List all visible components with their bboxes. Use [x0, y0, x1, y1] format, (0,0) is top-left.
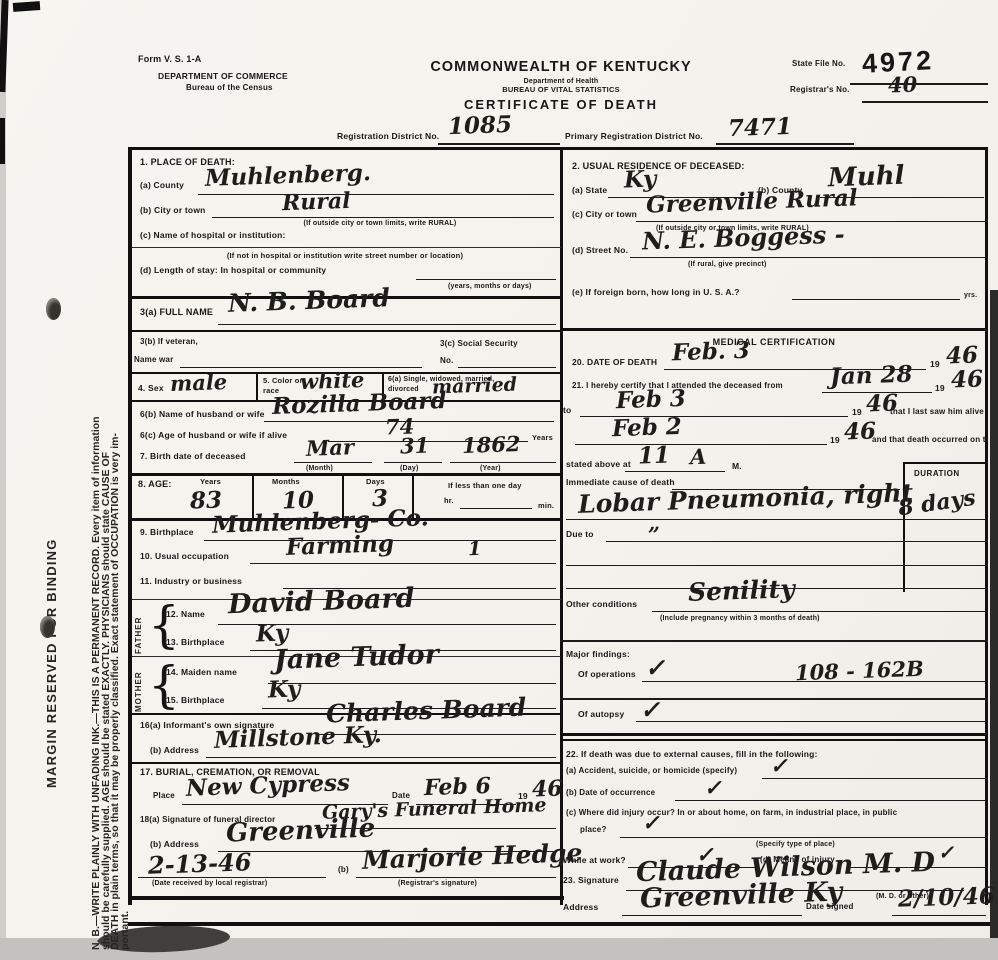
- ruled-line: [138, 877, 326, 878]
- ruled-line: [892, 915, 986, 916]
- ruled-line: [384, 462, 442, 463]
- residence-city-label: (c) City or town: [572, 210, 637, 219]
- local-registrar-signature: Marjorie Hedge: [362, 840, 583, 873]
- spouse-name-label: 6(b) Name of husband or wife: [140, 410, 265, 419]
- title-vital-statistics: BUREAU OF VITAL STATISTICS: [430, 86, 692, 94]
- industry-label: 11. Industry or business: [140, 577, 242, 586]
- margin-nb-line: DEATH in plain terms, so that it may be …: [111, 416, 121, 950]
- scan-edge-artifact: [990, 290, 998, 942]
- duration-label: DURATION: [914, 470, 960, 478]
- means-checkmark: ✓: [938, 844, 955, 864]
- mother-birthplace-label: 15. Birthplace: [166, 696, 225, 705]
- ruled-line: [416, 279, 556, 280]
- date-of-occurrence-label: (b) Date of occurrence: [566, 789, 655, 797]
- attended-from-value: Jan 28: [830, 363, 913, 389]
- ssn-no-label: No.: [440, 357, 454, 365]
- form-border: [128, 147, 132, 905]
- ruled-line: [180, 367, 422, 368]
- form-number: Form V. S. 1-A: [138, 55, 201, 64]
- name-war-label: Name war: [134, 356, 173, 364]
- rural-note: (If outside city or town limits, write R…: [212, 220, 548, 227]
- burial-place-value: New Cypress: [186, 771, 351, 800]
- state-file-label: State File No.: [792, 60, 845, 68]
- pregnancy-note: (Include pregnancy within 3 months of de…: [660, 615, 820, 622]
- ruled-line: [566, 519, 986, 520]
- father-name-label: 12. Name: [166, 610, 205, 619]
- ruled-line: [460, 508, 532, 509]
- social-security-label: 3(c) Social Security: [440, 340, 518, 348]
- ruled-line: [218, 324, 556, 325]
- due-to-label: Due to: [566, 530, 594, 539]
- ruled-line: [566, 565, 986, 566]
- sex-label: 4. Sex: [138, 384, 164, 393]
- residence-city-value: Greenville Rural: [646, 186, 858, 216]
- residence-state-value: Ky: [624, 167, 657, 191]
- ruled-line: [560, 698, 988, 700]
- date-received-value: 2-13-46: [148, 850, 252, 878]
- burial-place-label: Place: [153, 792, 175, 800]
- operations-checkmark: ✓: [645, 656, 666, 681]
- other-conditions-label: Other conditions: [566, 600, 637, 609]
- spouse-name-value: Rozilla Board: [272, 389, 447, 418]
- scan-edge-artifact: [13, 1, 41, 12]
- form-border: [128, 922, 990, 926]
- printed-19: 19: [852, 408, 862, 417]
- attended-from-year: 46: [951, 367, 984, 391]
- full-name-label: 3(a) FULL NAME: [140, 308, 213, 317]
- form-border: [985, 147, 988, 905]
- certify-to-label: to: [563, 406, 571, 415]
- ruled-line: [675, 800, 986, 801]
- attended-to-value: Feb 3: [616, 387, 687, 412]
- usual-residence-title: 2. USUAL RESIDENCE OF DECEASED:: [572, 162, 745, 171]
- form-border: [128, 147, 988, 150]
- registrar-no-label: Registrar's No.: [790, 86, 850, 94]
- section-rule: [560, 733, 988, 736]
- title-certificate-of-death: CERTIFICATE OF DEATH: [430, 98, 692, 112]
- mother-side-label: MOTHER: [134, 671, 143, 712]
- age-years-label: Years: [200, 478, 221, 486]
- punch-hole: [40, 616, 55, 638]
- ruled-line: [652, 611, 986, 612]
- foreign-born-label: (e) If foreign born, how long in U. S. A…: [572, 288, 740, 297]
- city-value: Rural: [282, 190, 351, 214]
- physician-address-label: Address: [563, 903, 598, 912]
- birth-day-value: 31: [400, 434, 430, 456]
- mother-name-label: 14. Maiden name: [166, 668, 237, 677]
- primary-district-value: 7471: [728, 115, 793, 140]
- section-rule: [560, 739, 988, 741]
- race-value: white: [300, 369, 365, 392]
- full-name-value: N. B. Board: [228, 285, 391, 316]
- occurrence-checkmark: ✓: [704, 777, 722, 799]
- form-border: [128, 896, 564, 900]
- ruled-line: [622, 915, 802, 916]
- printed-19: 19: [930, 360, 940, 369]
- margin-nb-note: N. B.—WRITE PLAINLY WITH UNFADING INK.—T…: [92, 416, 130, 950]
- bureau-line: Bureau of the Census: [186, 84, 273, 92]
- county-value: Muhlenberg.: [205, 161, 372, 190]
- ruled-line: [642, 681, 986, 682]
- ruled-line: [268, 683, 556, 684]
- date-signed-value: 2/10/46: [898, 884, 996, 910]
- ruled-line: [850, 83, 988, 85]
- section-rule: [128, 473, 561, 476]
- father-birthplace-value: Ky: [256, 621, 289, 645]
- department-line: DEPARTMENT OF COMMERCE: [158, 72, 288, 81]
- ruled-line: [132, 247, 561, 248]
- medical-certification-title: MEDICAL CERTIFICATION: [560, 338, 988, 347]
- ruled-line: [560, 640, 988, 642]
- age-years-value: 83: [190, 488, 223, 512]
- time-of-death-value: 11: [638, 443, 671, 467]
- day-note: (Day): [400, 465, 419, 472]
- ruled-line: [206, 757, 556, 758]
- last-saw-alive-value: Feb 2: [612, 415, 683, 440]
- yrs-suffix: yrs.: [964, 292, 977, 299]
- section-rule: [128, 762, 561, 764]
- immediate-cause-label: Immediate cause of death: [566, 478, 675, 487]
- ruled-line: [792, 299, 960, 300]
- month-note: (Month): [306, 465, 333, 472]
- section-rule: [128, 330, 561, 332]
- min-label: min.: [538, 502, 554, 510]
- other-conditions-value: Senility: [688, 576, 796, 605]
- ruled-line: [198, 194, 554, 195]
- sex-value: male: [170, 371, 228, 394]
- ruled-line: [356, 877, 556, 878]
- scan-edge-artifact: [0, 118, 5, 164]
- date-signed-label: Date signed: [806, 903, 854, 911]
- mother-birthplace-value: Ky: [268, 677, 301, 701]
- county-label: (a) County: [140, 181, 184, 190]
- printed-19: 19: [935, 384, 945, 393]
- duration-box-border: [903, 462, 988, 464]
- registration-district-value: 1085: [448, 113, 513, 138]
- ruled-line: [212, 217, 554, 218]
- ruled-line: [762, 778, 986, 779]
- registrar-b-label: (b): [338, 866, 349, 874]
- age-label: 8. AGE:: [138, 480, 172, 489]
- autopsy-checkmark: ✓: [640, 698, 661, 723]
- type-of-place-note: (Specify type of place): [756, 841, 835, 848]
- birth-date-label: 7. Birth date of deceased: [140, 452, 246, 461]
- precinct-note: (If rural, give precinct): [688, 261, 767, 268]
- informant-address-value: Millstone Ky.: [214, 723, 382, 752]
- while-at-work-label: While at work?: [563, 856, 626, 865]
- funeral-address-value: Greenville: [226, 815, 376, 846]
- m-label: M.: [732, 462, 742, 471]
- occupation-label: 10. Usual occupation: [140, 552, 229, 561]
- ruled-line: [438, 143, 560, 145]
- length-of-stay-note: (years, months or days): [448, 283, 532, 290]
- operations-value: 108 - 162B: [795, 658, 924, 683]
- registration-district-label: Registration District No.: [337, 132, 439, 141]
- date-of-death-label: 20. DATE OF DEATH: [572, 358, 657, 367]
- injury-place-label: place?: [580, 826, 607, 834]
- title-commonwealth: COMMONWEALTH OF KENTUCKY: [430, 60, 692, 75]
- ruled-line: [294, 462, 372, 463]
- father-birthplace-label: 13. Birthplace: [166, 638, 225, 647]
- certify-line2-tail: that I last saw him alive o: [890, 408, 986, 416]
- birth-year-value: 1862: [462, 433, 521, 456]
- stated-above-label: stated above at: [566, 460, 631, 469]
- ruled-line: [606, 541, 986, 542]
- ruled-line: [716, 143, 854, 145]
- certify-line3-tail: and that death occurred on the dat: [872, 436, 986, 444]
- primary-district-label: Primary Registration District No.: [565, 132, 703, 141]
- length-of-stay-label: (d) Length of stay: In hospital or commu…: [140, 266, 326, 275]
- city-label: (b) City or town: [140, 206, 206, 215]
- death-year-hw: 46: [946, 343, 979, 367]
- year-note: (Year): [480, 465, 501, 472]
- veteran-label: 3(b) If veteran,: [140, 338, 198, 346]
- date-received-note: (Date received by local registrar): [152, 880, 267, 887]
- ruled-line: [630, 257, 985, 258]
- informant-address-label: (b) Address: [150, 746, 199, 755]
- cell-divider: [256, 372, 258, 400]
- hospital-note: (If not in hospital or institution write…: [140, 252, 550, 260]
- street-no-label: (d) Street No.: [572, 246, 628, 255]
- of-autopsy-label: Of autopsy: [578, 710, 624, 719]
- spouse-age-label: 6(c) Age of husband or wife if alive: [140, 431, 287, 440]
- less-than-day-label: If less than one day: [448, 482, 522, 490]
- hospital-label: (c) Name of hospital or institution:: [140, 231, 286, 240]
- years-suffix: Years: [532, 434, 553, 442]
- birthplace-label: 9. Birthplace: [140, 528, 194, 537]
- ruled-line: [625, 471, 725, 472]
- street-no-value: N. E. Boggess -: [642, 222, 845, 253]
- accident-checkmark: ✓: [770, 755, 788, 777]
- registrar-signature-note: (Registrar's signature): [398, 880, 477, 887]
- birth-month-value: Mar: [306, 436, 355, 459]
- ruled-line: [250, 563, 556, 564]
- punch-hole: [46, 298, 61, 320]
- date-of-death-value: Feb. 3: [672, 339, 751, 365]
- father-name-value: David Board: [228, 585, 415, 618]
- age-months-label: Months: [272, 478, 300, 486]
- occupation-value: Farming: [286, 532, 395, 559]
- injury-where-label: (c) Where did injury occur? In or about …: [566, 809, 897, 817]
- occupation-mark: 1: [468, 540, 482, 559]
- margin-binding-note: MARGIN RESERVED FOR BINDING: [44, 538, 59, 788]
- section-rule: [560, 328, 988, 331]
- father-side-label: FATHER: [134, 617, 143, 654]
- printed-19: 19: [830, 436, 840, 445]
- color-race-label: 5. Color or: [263, 377, 303, 385]
- funeral-address-label: (b) Address: [150, 840, 199, 849]
- of-operations-label: Of operations: [578, 670, 636, 679]
- physician-signature-label: 23. Signature: [563, 876, 619, 885]
- hr-label: hr.: [444, 497, 454, 505]
- residence-state-label: (a) State: [572, 186, 607, 195]
- mother-name-value: Jane Tudor: [274, 641, 440, 674]
- ruled-line: [458, 367, 556, 368]
- ruled-line: [450, 462, 556, 463]
- ruled-line: [636, 721, 986, 722]
- injury-checkmark: ✓: [642, 812, 660, 834]
- major-findings-label: Major findings:: [566, 650, 630, 659]
- registrar-no-value: 40: [888, 73, 918, 95]
- ruled-line: [862, 101, 988, 103]
- ruled-line: [620, 837, 986, 838]
- time-of-death-ampm: A: [690, 446, 707, 468]
